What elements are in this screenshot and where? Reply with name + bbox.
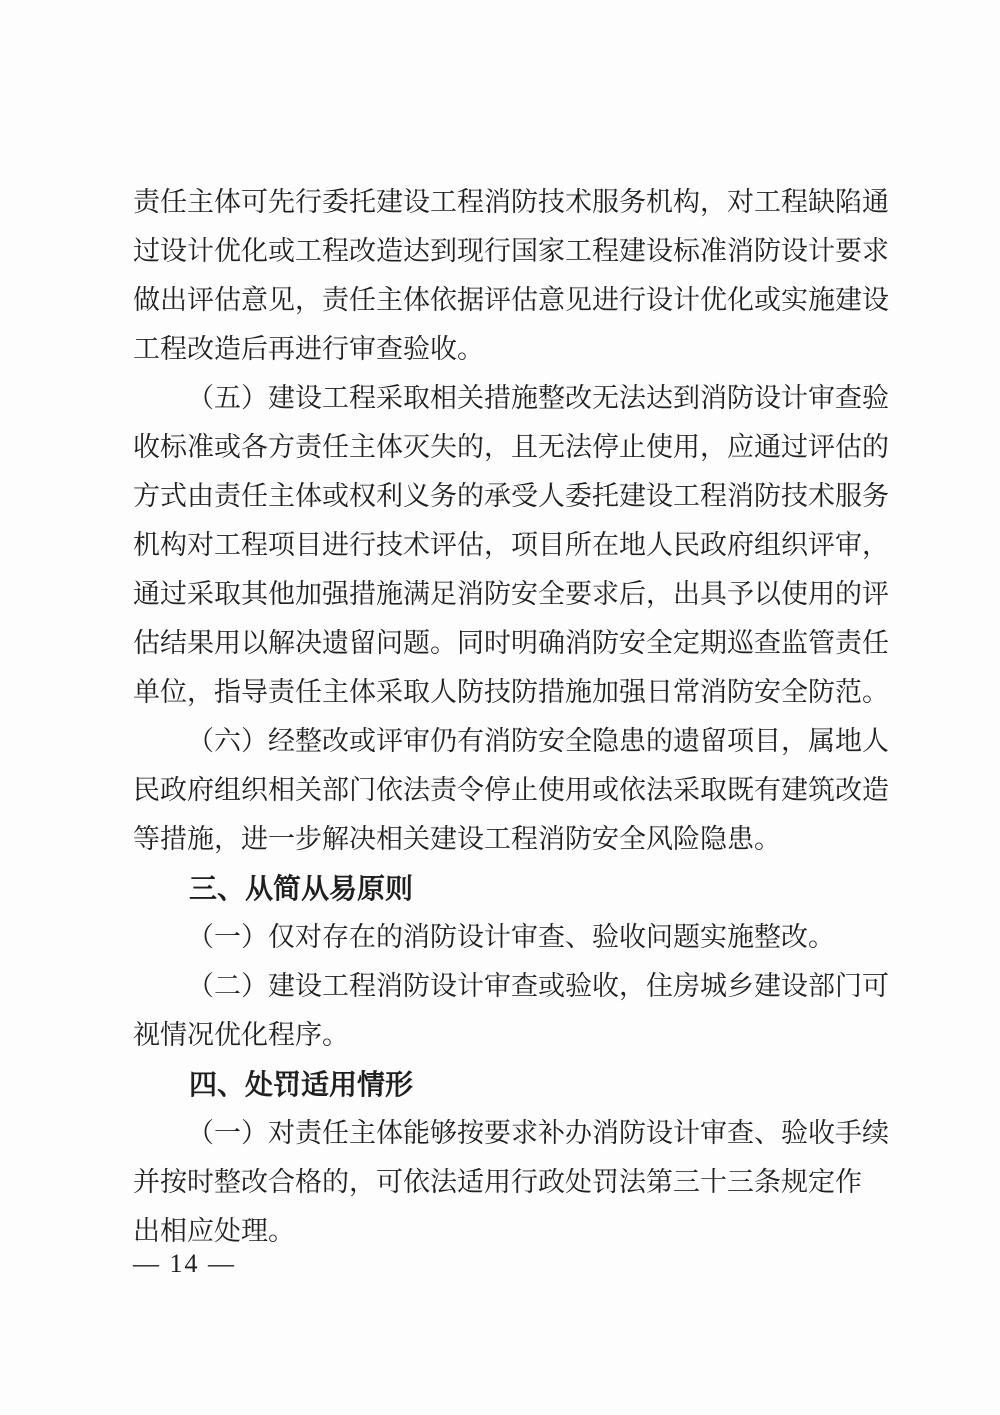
text-line: （二）建设工程消防设计审查或验收，住房城乡建设部门可 [133,962,889,1011]
text-line: （六）经整改或评审仍有消防安全隐患的遗留项目，属地人 [133,717,889,766]
section-heading: 三、从简从易原则 [133,864,889,913]
text-line: 民政府组织相关部门依法责令停止使用或依法采取既有建筑改造 [133,766,889,815]
text-line: 估结果用以解决遗留问题。同时明确消防安全定期巡查监管责任 [133,619,889,668]
text-line: （五）建设工程采取相关措施整改无法达到消防设计审查验 [133,374,889,423]
text-line: 做出评估意见，责任主体依据评估意见进行设计优化或实施建设 [133,276,889,325]
document-page: 责任主体可先行委托建设工程消防技术服务机构，对工程缺陷通 过设计优化或工程改造达… [0,0,1000,1415]
text-line: 等措施，进一步解决相关建设工程消防安全风险隐患。 [133,815,889,864]
text-line: 工程改造后再进行审查验收。 [133,325,889,374]
text-line: 收标准或各方责任主体灭失的，且无法停止使用，应通过评估的 [133,423,889,472]
text-line: （一）仅对存在的消防设计审查、验收问题实施整改。 [133,913,889,962]
text-line: 方式由责任主体或权利义务的承受人委托建设工程消防技术服务 [133,472,889,521]
text-line: （一）对责任主体能够按要求补办消防设计审查、验收手续 [133,1109,889,1158]
section-heading: 四、处罚适用情形 [133,1060,889,1109]
text-line: 视情况优化程序。 [133,1011,889,1060]
text-line: 通过采取其他加强措施满足消防安全要求后，出具予以使用的评 [133,570,889,619]
text-line: 过设计优化或工程改造达到现行国家工程建设标准消防设计要求 [133,227,889,276]
page-number: — 14 — [133,1248,236,1280]
text-line: 责任主体可先行委托建设工程消防技术服务机构，对工程缺陷通 [133,178,889,227]
text-line: 并按时整改合格的，可依法适用行政处罚法第三十三条规定作 [133,1158,889,1207]
text-line: 出相应处理。 [133,1207,889,1256]
text-line: 机构对工程项目进行技术评估，项目所在地人民政府组织评审， [133,521,889,570]
text-line: 单位，指导责任主体采取人防技防措施加强日常消防安全防范。 [133,668,889,717]
document-text-block: 责任主体可先行委托建设工程消防技术服务机构，对工程缺陷通 过设计优化或工程改造达… [133,178,889,1256]
